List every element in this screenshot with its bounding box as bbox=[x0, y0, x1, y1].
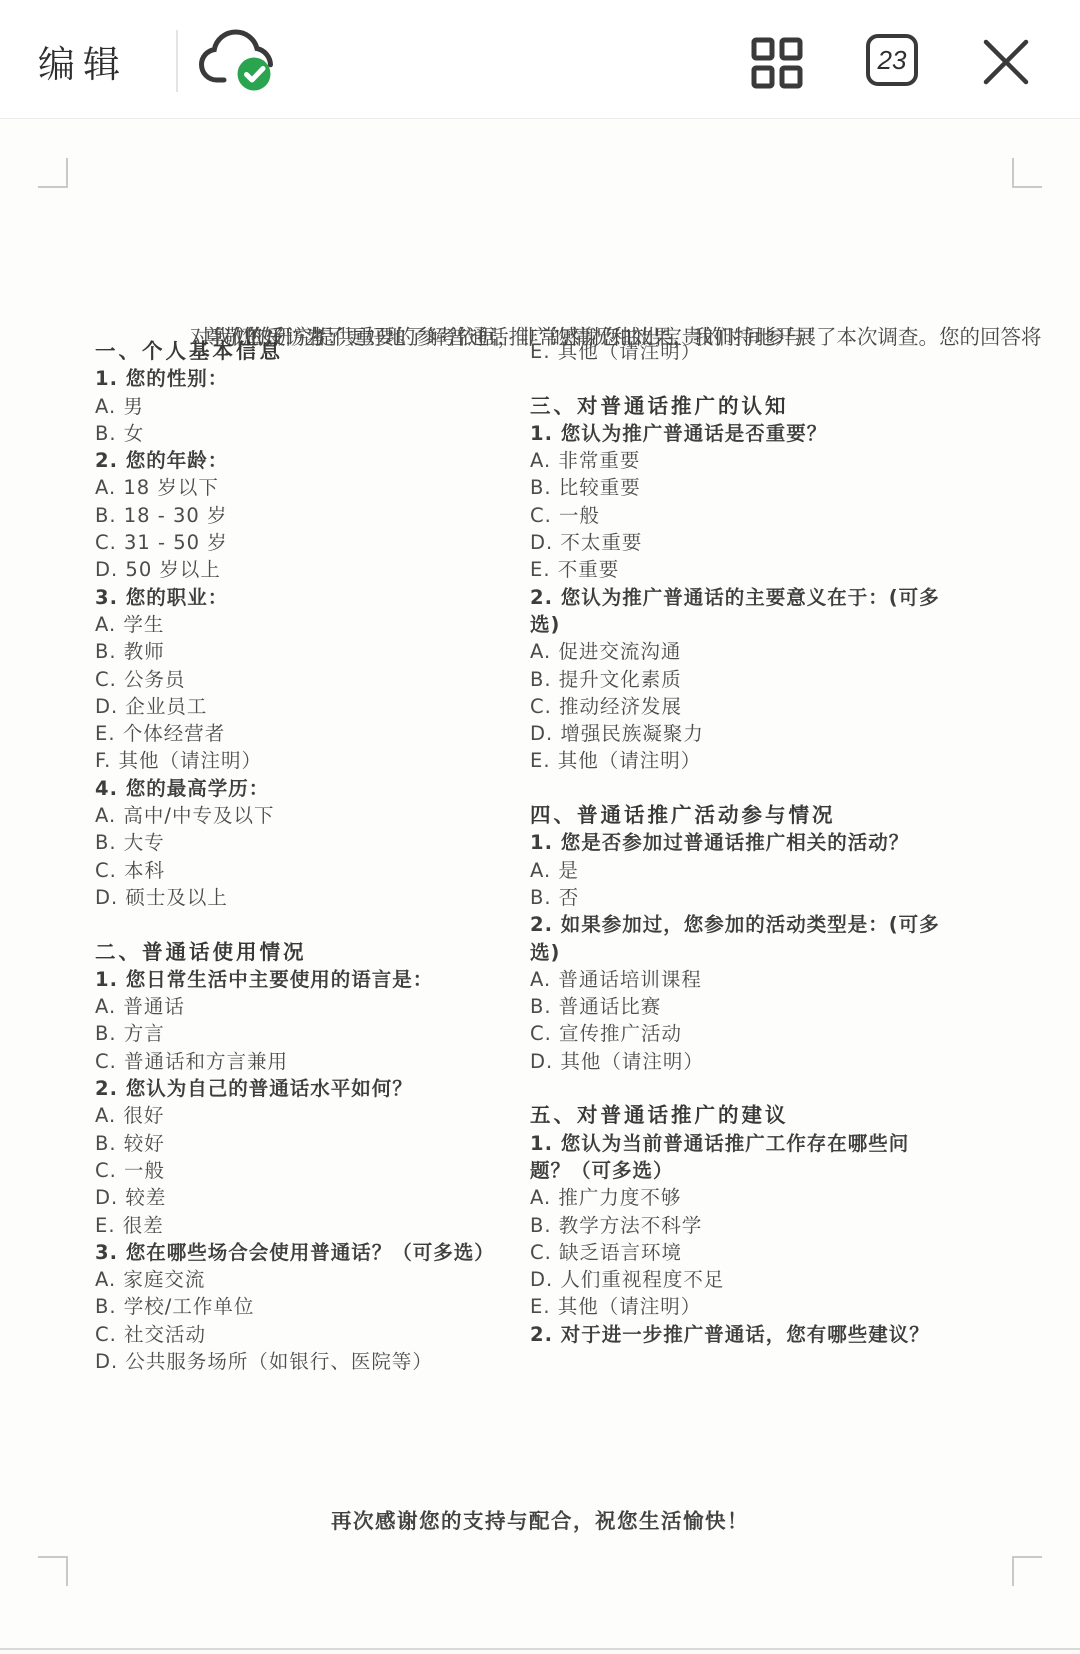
option-line: C. 普通话和方言兼用 bbox=[95, 1048, 535, 1075]
option-line: A. 18 岁以下 bbox=[95, 474, 535, 501]
option-line: B. 否 bbox=[530, 884, 1005, 911]
option-line: C. 一般 bbox=[95, 1157, 535, 1184]
option-line: D. 企业员工 bbox=[95, 693, 535, 720]
option-line: B. 方言 bbox=[95, 1020, 535, 1047]
question-line: 4. 您的最高学历： bbox=[95, 775, 535, 802]
option-line: A. 非常重要 bbox=[530, 447, 1005, 474]
corner-mark-top-right bbox=[1012, 158, 1042, 188]
option-line: E. 个体经营者 bbox=[95, 720, 535, 747]
section-heading: 五、对普通话推广的建议 bbox=[530, 1102, 1005, 1129]
question-line: 1. 您认为当前普通话推广工作存在哪些问 bbox=[530, 1130, 1005, 1157]
page-count-value: 23 bbox=[878, 45, 907, 76]
edit-button[interactable]: 编辑 bbox=[38, 34, 128, 88]
option-line: D. 公共服务场所（如银行、医院等） bbox=[95, 1348, 535, 1375]
closing-thanks-line: 再次感谢您的支持与配合，祝您生活愉快！ bbox=[0, 1504, 1080, 1534]
question-line: 1. 您认为推广普通话是否重要？ bbox=[530, 420, 1005, 447]
option-line: D. 增强民族凝聚力 bbox=[530, 720, 1005, 747]
question-line: 2. 您的年龄： bbox=[95, 447, 535, 474]
question-line: 2. 对于进一步推广普通话，您有哪些建议？ bbox=[530, 1321, 1005, 1348]
option-line: D. 较差 bbox=[95, 1184, 535, 1211]
page-bottom-edge bbox=[0, 1648, 1080, 1650]
question-line: 3. 您的职业： bbox=[95, 584, 535, 611]
option-line: A. 是 bbox=[530, 857, 1005, 884]
question-line: 2. 如果参加过，您参加的活动类型是：(可多 bbox=[530, 911, 1005, 938]
cloud-sync-done-icon bbox=[198, 84, 276, 99]
option-line: B. 女 bbox=[95, 420, 535, 447]
question-line: 1. 您的性别： bbox=[95, 365, 535, 392]
option-line: E. 很差 bbox=[95, 1212, 535, 1239]
left-column: 一、个人基本信息1. 您的性别：A. 男B. 女2. 您的年龄：A. 18 岁以… bbox=[95, 338, 535, 1375]
option-line: D. 其他（请注明） bbox=[530, 1048, 1005, 1075]
option-line: B. 普通话比赛 bbox=[530, 993, 1005, 1020]
option-line: C. 本科 bbox=[95, 857, 535, 884]
column-spacer bbox=[530, 365, 1005, 392]
corner-mark-top-left bbox=[38, 158, 68, 188]
page-count-badge[interactable]: 23 bbox=[866, 34, 918, 86]
section-heading: 四、普通话推广活动参与情况 bbox=[530, 802, 1005, 829]
option-line: B. 教师 bbox=[95, 638, 535, 665]
option-line: D. 人们重视程度不足 bbox=[530, 1266, 1005, 1293]
option-line: D. 50 岁以上 bbox=[95, 556, 535, 583]
option-line: A. 普通话 bbox=[95, 993, 535, 1020]
option-line: B. 提升文化素质 bbox=[530, 666, 1005, 693]
option-line: A. 男 bbox=[95, 393, 535, 420]
option-line: E. 其他（请注明） bbox=[530, 747, 1005, 774]
option-line: A. 高中/中专及以下 bbox=[95, 802, 535, 829]
question-line: 1. 您是否参加过普通话推广相关的活动？ bbox=[530, 829, 1005, 856]
option-line: C. 一般 bbox=[530, 502, 1005, 529]
option-line: C. 缺乏语言环境 bbox=[530, 1239, 1005, 1266]
column-spacer bbox=[530, 1075, 1005, 1102]
option-line: A. 普通话培训课程 bbox=[530, 966, 1005, 993]
option-line: B. 18 - 30 岁 bbox=[95, 502, 535, 529]
section-heading: 三、对普通话推广的认知 bbox=[530, 393, 1005, 420]
question-continuation: 选) bbox=[530, 611, 1005, 638]
question-continuation: 选) bbox=[530, 939, 1005, 966]
option-line: A. 很好 bbox=[95, 1102, 535, 1129]
option-line: A. 促进交流沟通 bbox=[530, 638, 1005, 665]
option-line: C. 公务员 bbox=[95, 666, 535, 693]
option-line: B. 较好 bbox=[95, 1130, 535, 1157]
question-line: 3. 您在哪些场合会使用普通话？（可多选） bbox=[95, 1239, 535, 1266]
right-column: E. 其他（请注明）三、对普通话推广的认知1. 您认为推广普通话是否重要？A. … bbox=[530, 338, 1005, 1348]
option-line: B. 学校/工作单位 bbox=[95, 1293, 535, 1320]
option-line: B. 大专 bbox=[95, 829, 535, 856]
corner-mark-bottom-left bbox=[38, 1556, 68, 1586]
grid-view-button[interactable] bbox=[750, 36, 804, 90]
column-spacer bbox=[95, 911, 535, 938]
option-line: C. 推动经济发展 bbox=[530, 693, 1005, 720]
toolbar-divider bbox=[176, 30, 178, 92]
option-line: D. 不太重要 bbox=[530, 529, 1005, 556]
cloud-sync-button[interactable] bbox=[198, 24, 276, 96]
option-line: F. 其他（请注明） bbox=[95, 747, 535, 774]
option-line: C. 31 - 50 岁 bbox=[95, 529, 535, 556]
option-line: E. 其他（请注明） bbox=[530, 338, 1005, 365]
option-line: A. 推广力度不够 bbox=[530, 1184, 1005, 1211]
grid-view-icon bbox=[750, 78, 804, 93]
corner-mark-bottom-right bbox=[1012, 1556, 1042, 1586]
option-line: E. 不重要 bbox=[530, 556, 1005, 583]
option-line: A. 学生 bbox=[95, 611, 535, 638]
document-page[interactable]: 尊敬的受访者：您好！为了更好地了解普通话推广的情况和效果，我们特地开展了本次调查… bbox=[0, 119, 1080, 1648]
section-heading: 二、普通话使用情况 bbox=[95, 939, 535, 966]
question-line: 2. 您认为推广普通话的主要意义在于：(可多 bbox=[530, 584, 1005, 611]
close-icon bbox=[980, 76, 1032, 91]
option-line: A. 家庭交流 bbox=[95, 1266, 535, 1293]
question-continuation: 题？（可多选） bbox=[530, 1157, 1005, 1184]
option-line: C. 社交活动 bbox=[95, 1321, 535, 1348]
option-line: C. 宣传推广活动 bbox=[530, 1020, 1005, 1047]
option-line: B. 教学方法不科学 bbox=[530, 1212, 1005, 1239]
question-line: 2. 您认为自己的普通话水平如何？ bbox=[95, 1075, 535, 1102]
section-heading: 一、个人基本信息 bbox=[95, 338, 535, 365]
option-line: E. 其他（请注明） bbox=[530, 1293, 1005, 1320]
option-line: D. 硕士及以上 bbox=[95, 884, 535, 911]
toolbar: 编辑 23 bbox=[0, 0, 1080, 119]
close-button[interactable] bbox=[980, 36, 1032, 88]
column-spacer bbox=[530, 775, 1005, 802]
option-line: B. 比较重要 bbox=[530, 474, 1005, 501]
question-line: 1. 您日常生活中主要使用的语言是： bbox=[95, 966, 535, 993]
